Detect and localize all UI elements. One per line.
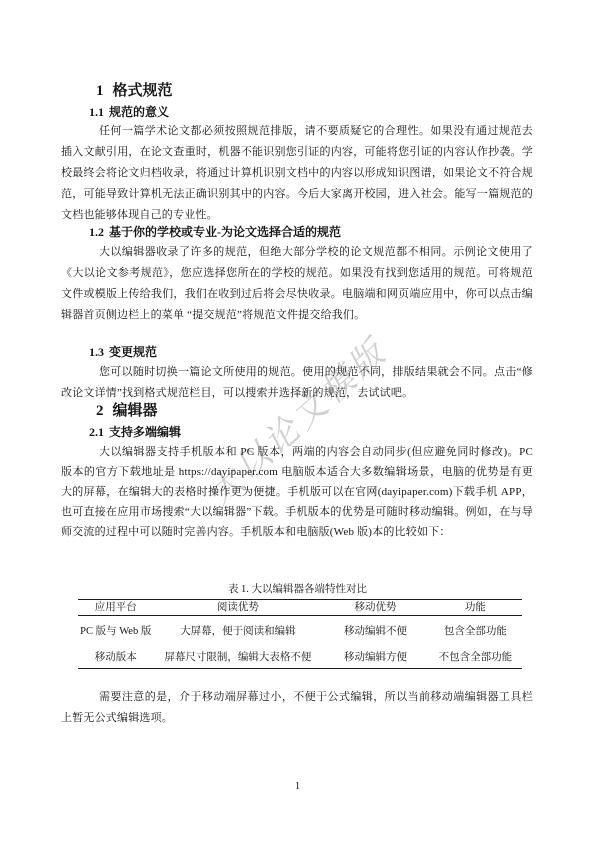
section-number: 2 — [96, 403, 104, 419]
heading-section-2-1: 2.1支持多端编辑 — [89, 426, 181, 438]
paragraph-3: 您可以随时切换一篇论文所使用的规范。使用的规范不同，排版结果就会不同。点击“修改… — [61, 362, 533, 404]
table-cell: 移动编辑方便 — [322, 648, 429, 669]
table-row: 移动版本 屏幕尺寸限制，编辑大表格不便 移动编辑方便 不包含全部功能 — [78, 648, 522, 669]
table-header-cell: 功能 — [429, 600, 522, 616]
section-number: 2.1 — [89, 425, 104, 439]
table-header-cell: 移动优势 — [322, 600, 429, 616]
section-title: 变更规范 — [109, 345, 157, 359]
section-title: 格式规范 — [113, 83, 173, 99]
table-cell: 移动编辑不便 — [322, 616, 429, 649]
document-page: 大以论文模版 1格式规范 1.1规范的意义 任何一篇学术论文都必须按照规范排版，… — [0, 0, 595, 842]
table-row: PC 版与 Web 版 大屏幕，便于阅读和编辑 移动编辑不便 包含全部功能 — [78, 616, 522, 649]
section-title: 基于你的学校或专业-为论文选择合适的规范 — [109, 225, 341, 239]
table-cell: 屏幕尺寸限制，编辑大表格不便 — [153, 648, 322, 669]
heading-section-1-1: 1.1规范的意义 — [89, 106, 169, 118]
section-number: 1 — [96, 83, 104, 99]
paragraph-5: 需要注意的是，介于移动端屏幕过小，不便于公式编辑，所以当前移动端编辑器工具栏上暂… — [61, 687, 533, 729]
paragraph-1: 任何一篇学术论文都必须按照规范排版，请不要质疑它的合理性。如果没有通过规范去插入… — [61, 121, 533, 226]
heading-section-1-2: 1.2基于你的学校或专业-为论文选择合适的规范 — [89, 226, 341, 238]
table-cell: PC 版与 Web 版 — [78, 616, 153, 649]
section-title: 规范的意义 — [109, 105, 169, 119]
section-title: 支持多端编辑 — [109, 425, 181, 439]
paragraph-4: 大以编辑器支持手机版本和 PC 版本，两端的内容会自动同步(但应避免同时修改)。… — [61, 442, 533, 542]
table-cell: 移动版本 — [78, 648, 153, 669]
heading-section-2: 2编辑器 — [96, 404, 158, 419]
heading-section-1: 1格式规范 — [96, 84, 173, 99]
table-cell: 不包含全部功能 — [429, 648, 522, 669]
section-number: 1.1 — [89, 105, 104, 119]
table-cell: 包含全部功能 — [429, 616, 522, 649]
page-number: 1 — [0, 782, 595, 793]
table-header-cell: 阅读优势 — [153, 600, 322, 616]
section-title: 编辑器 — [113, 403, 158, 419]
section-number: 1.2 — [89, 225, 104, 239]
section-number: 1.3 — [89, 345, 104, 359]
heading-section-1-3: 1.3变更规范 — [89, 346, 157, 358]
table-header-row: 应用平台 阅读优势 移动优势 功能 — [78, 600, 522, 616]
table-cell: 大屏幕，便于阅读和编辑 — [153, 616, 322, 649]
paragraph-2: 大以编辑器收录了许多的规范，但绝大部分学校的论文规范都不相同。示例论文使用了《大… — [61, 242, 533, 326]
table-caption: 表 1. 大以编辑器各端特性对比 — [0, 585, 595, 596]
comparison-table: 应用平台 阅读优势 移动优势 功能 PC 版与 Web 版 大屏幕，便于阅读和编… — [78, 599, 522, 669]
table-header-cell: 应用平台 — [78, 600, 153, 616]
